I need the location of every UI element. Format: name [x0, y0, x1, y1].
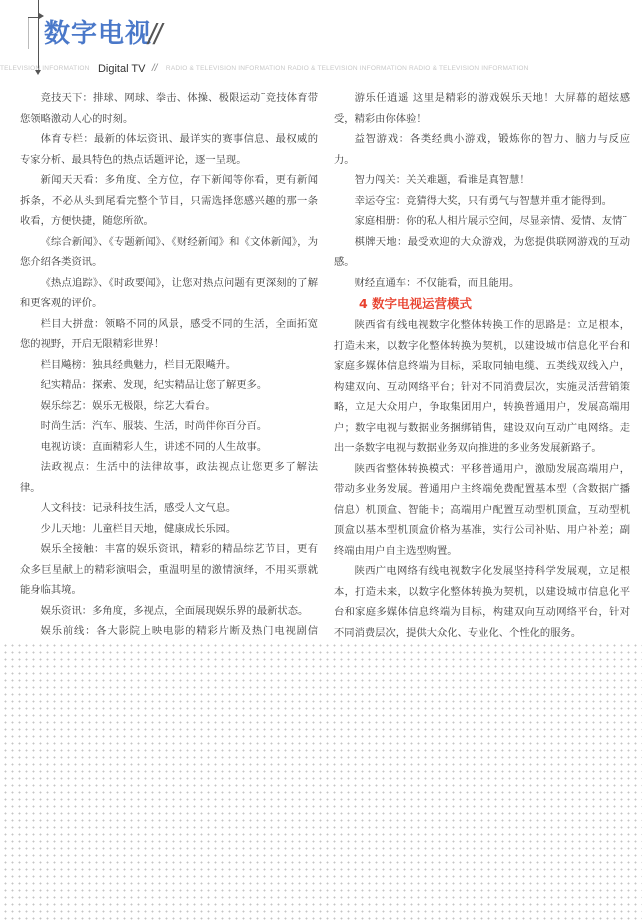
- strip-left-text: TELEVISION INFORMATION: [0, 65, 90, 72]
- paragraph: 益智游戏：各类经典小游戏，锻炼你的智力、脑力与反应力。: [334, 129, 630, 170]
- paragraph: 人文科技：记录科技生活，感受人文气息。: [20, 498, 318, 519]
- paragraph: 栏目大拼盘：领略不同的风景，感受不同的生活，全面拓宽您的视野，开启无限精彩世界！: [20, 314, 318, 355]
- paragraph: 少儿天地：儿童栏目天地，健康成长乐园。: [20, 519, 318, 540]
- paragraph: 法政视点：生活中的法律故事，政法视点让您更多了解法律。: [20, 457, 318, 498]
- paragraph: 栏目飚榜：独具经典魅力，栏目无限飚升。: [20, 355, 318, 376]
- paragraph: 智力闯关：关关难题，看谁是真智慧！: [334, 170, 630, 191]
- header-strip: TELEVISION INFORMATION Digital TV // RAD…: [0, 62, 642, 76]
- transparent-area-pattern: [0, 640, 642, 923]
- paragraph: 财经直通车：不仅能看，而且能用。: [334, 273, 630, 294]
- paragraph: 娱乐资讯：多角度，多视点，全面展现娱乐界的最新状态。: [20, 601, 318, 622]
- paragraph: 时尚生活：汽车、服装、生活，时尚伴你百分百。: [20, 416, 318, 437]
- paragraph: 游乐任逍遥 这里是精彩的游戏娱乐天地！大屏幕的超炫感受，精彩由你体验！: [334, 88, 630, 129]
- section-title-cn: 数字电视: [44, 17, 152, 51]
- paragraph: 娱乐全接触：丰富的娱乐资讯，精彩的精品综艺节目，更有众多巨星献上的精彩演唱会，重…: [20, 539, 318, 601]
- paragraph: 陕西省整体转换模式：平移普通用户，激励发展高端用户，带动多业务发展。普通用户主终…: [334, 459, 630, 562]
- paragraph: 纪实精品：探索、发现，纪实精品让您了解更多。: [20, 375, 318, 396]
- magazine-page: 数字电视 // TELEVISION INFORMATION Digital T…: [0, 0, 642, 640]
- strip-slashes: //: [152, 63, 158, 74]
- paragraph: 棋牌天地：最受欢迎的大众游戏，为您提供联网游戏的互动感。: [334, 232, 630, 273]
- paragraph: 娱乐综艺：娱乐无极限，综艺大看台。: [20, 396, 318, 417]
- paragraph: 《热点追踪》、《时政要闻》，让您对热点问题有更深刻的了解和更客观的评价。: [20, 273, 318, 314]
- paragraph: 《综合新闻》、《专题新闻》、《财经新闻》和《文体新闻》，为您介绍各类资讯。: [20, 232, 318, 273]
- paragraph: 新闻天天看：多角度、全方位，存下新闻等你看，更有新闻拆条，不必从头到尾看完整个节…: [20, 170, 318, 232]
- paragraph: 体育专栏：最新的体坛资讯、最详实的赛事信息、最权威的专家分析、最具特色的热点话题…: [20, 129, 318, 170]
- strip-right-text: RADIO & TELEVISION INFORMATION RADIO & T…: [166, 65, 529, 72]
- strip-title: Digital TV: [98, 63, 145, 75]
- header-decor-line: [28, 17, 29, 49]
- right-column: 游乐任逍遥 这里是精彩的游戏娱乐天地！大屏幕的超炫感受，精彩由你体验！ 益智游戏…: [334, 88, 630, 725]
- paragraph: 家庭相册：你的私人相片展示空间，尽显亲情、爱情、友情¨: [334, 211, 630, 232]
- title-slashes: //: [148, 18, 160, 52]
- paragraph: 陕西广电网络有线电视数字化发展坚持科学发展观，立足根本，打造未来，以数字化整体转…: [334, 561, 630, 643]
- left-column: 竞技天下：排球、网球、拳击、体操、极限运动¨竞技体育带您领略激动人心的时刻。 体…: [20, 88, 318, 724]
- paragraph: 电视访谈：直面精彩人生，讲述不同的人生故事。: [20, 437, 318, 458]
- section-heading: 4 数字电视运营模式: [334, 293, 630, 315]
- paragraph: 幸运夺宝：竞猜得大奖，只有勇气与智慧并重才能得到。: [334, 191, 630, 212]
- paragraph: 竞技天下：排球、网球、拳击、体操、极限运动¨竞技体育带您领略激动人心的时刻。: [20, 88, 318, 129]
- paragraph: 陕西省有线电视数字化整体转换工作的思路是：立足根本，打造未来，以数字化整体转换为…: [334, 315, 630, 459]
